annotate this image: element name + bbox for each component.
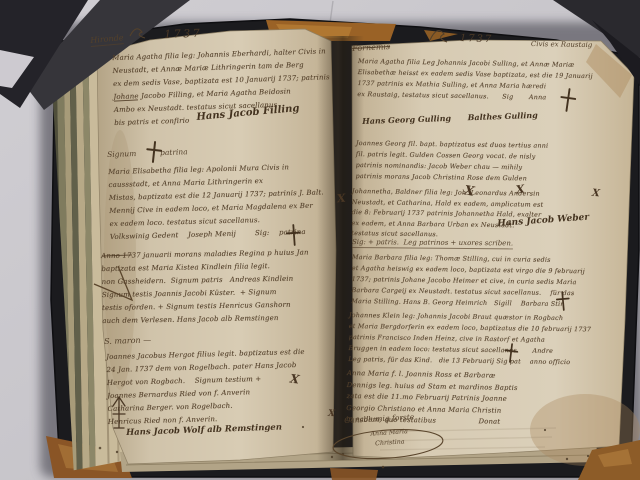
triangle-flourish-icon (92, 262, 138, 304)
baptism-entry: Joannes Georg fil. bapt. baptizatus est … (355, 138, 624, 186)
margin-x-icon: X (336, 192, 346, 206)
corner-note: Civis ex Raustaig (531, 40, 592, 49)
cross-out-x-icon: X (591, 188, 600, 200)
baptism-entry: Maria Barbara filia leg: Thomæ Stilling,… (351, 252, 620, 311)
baptism-entry: Joannes Jacobus Hergot filius legit. bap… (106, 345, 333, 429)
spine-tail-leather (330, 468, 378, 480)
arrow-mark-icon (110, 394, 128, 430)
signum-cross-icon (503, 342, 519, 364)
baptism-entry: Maria Elisabetha filia leg: Apolonii Mur… (108, 160, 335, 244)
signum-cross-icon (285, 224, 301, 247)
left-year-heading: 1737 (164, 27, 202, 41)
photo-of-parish-register: Hironde 1737 Maria Agatha filia leg: Joh… (0, 0, 640, 480)
paraph-flourish-icon (428, 28, 450, 46)
baptism-entry: Johannes Klein leg: Johannis Jacobi Brau… (348, 310, 617, 369)
margin-x-icon: X (289, 371, 300, 386)
signum-cross-icon (558, 87, 577, 113)
right-year-heading: 1737 (460, 33, 494, 45)
margin-x-icon: X (328, 409, 336, 419)
signum-cross-icon (555, 290, 571, 311)
sig-patris-line: Sig: + patris. Leg patrinos + uxores scr… (352, 238, 513, 249)
section-mark: S. maron — (104, 335, 151, 346)
paraph-flourish-icon (128, 26, 148, 42)
cross-out-x-icon: X (515, 182, 525, 196)
baptism-entry: Maria Agatha filia Leg Johannis Jacobi S… (357, 56, 626, 105)
signum-cross-icon (145, 140, 163, 164)
